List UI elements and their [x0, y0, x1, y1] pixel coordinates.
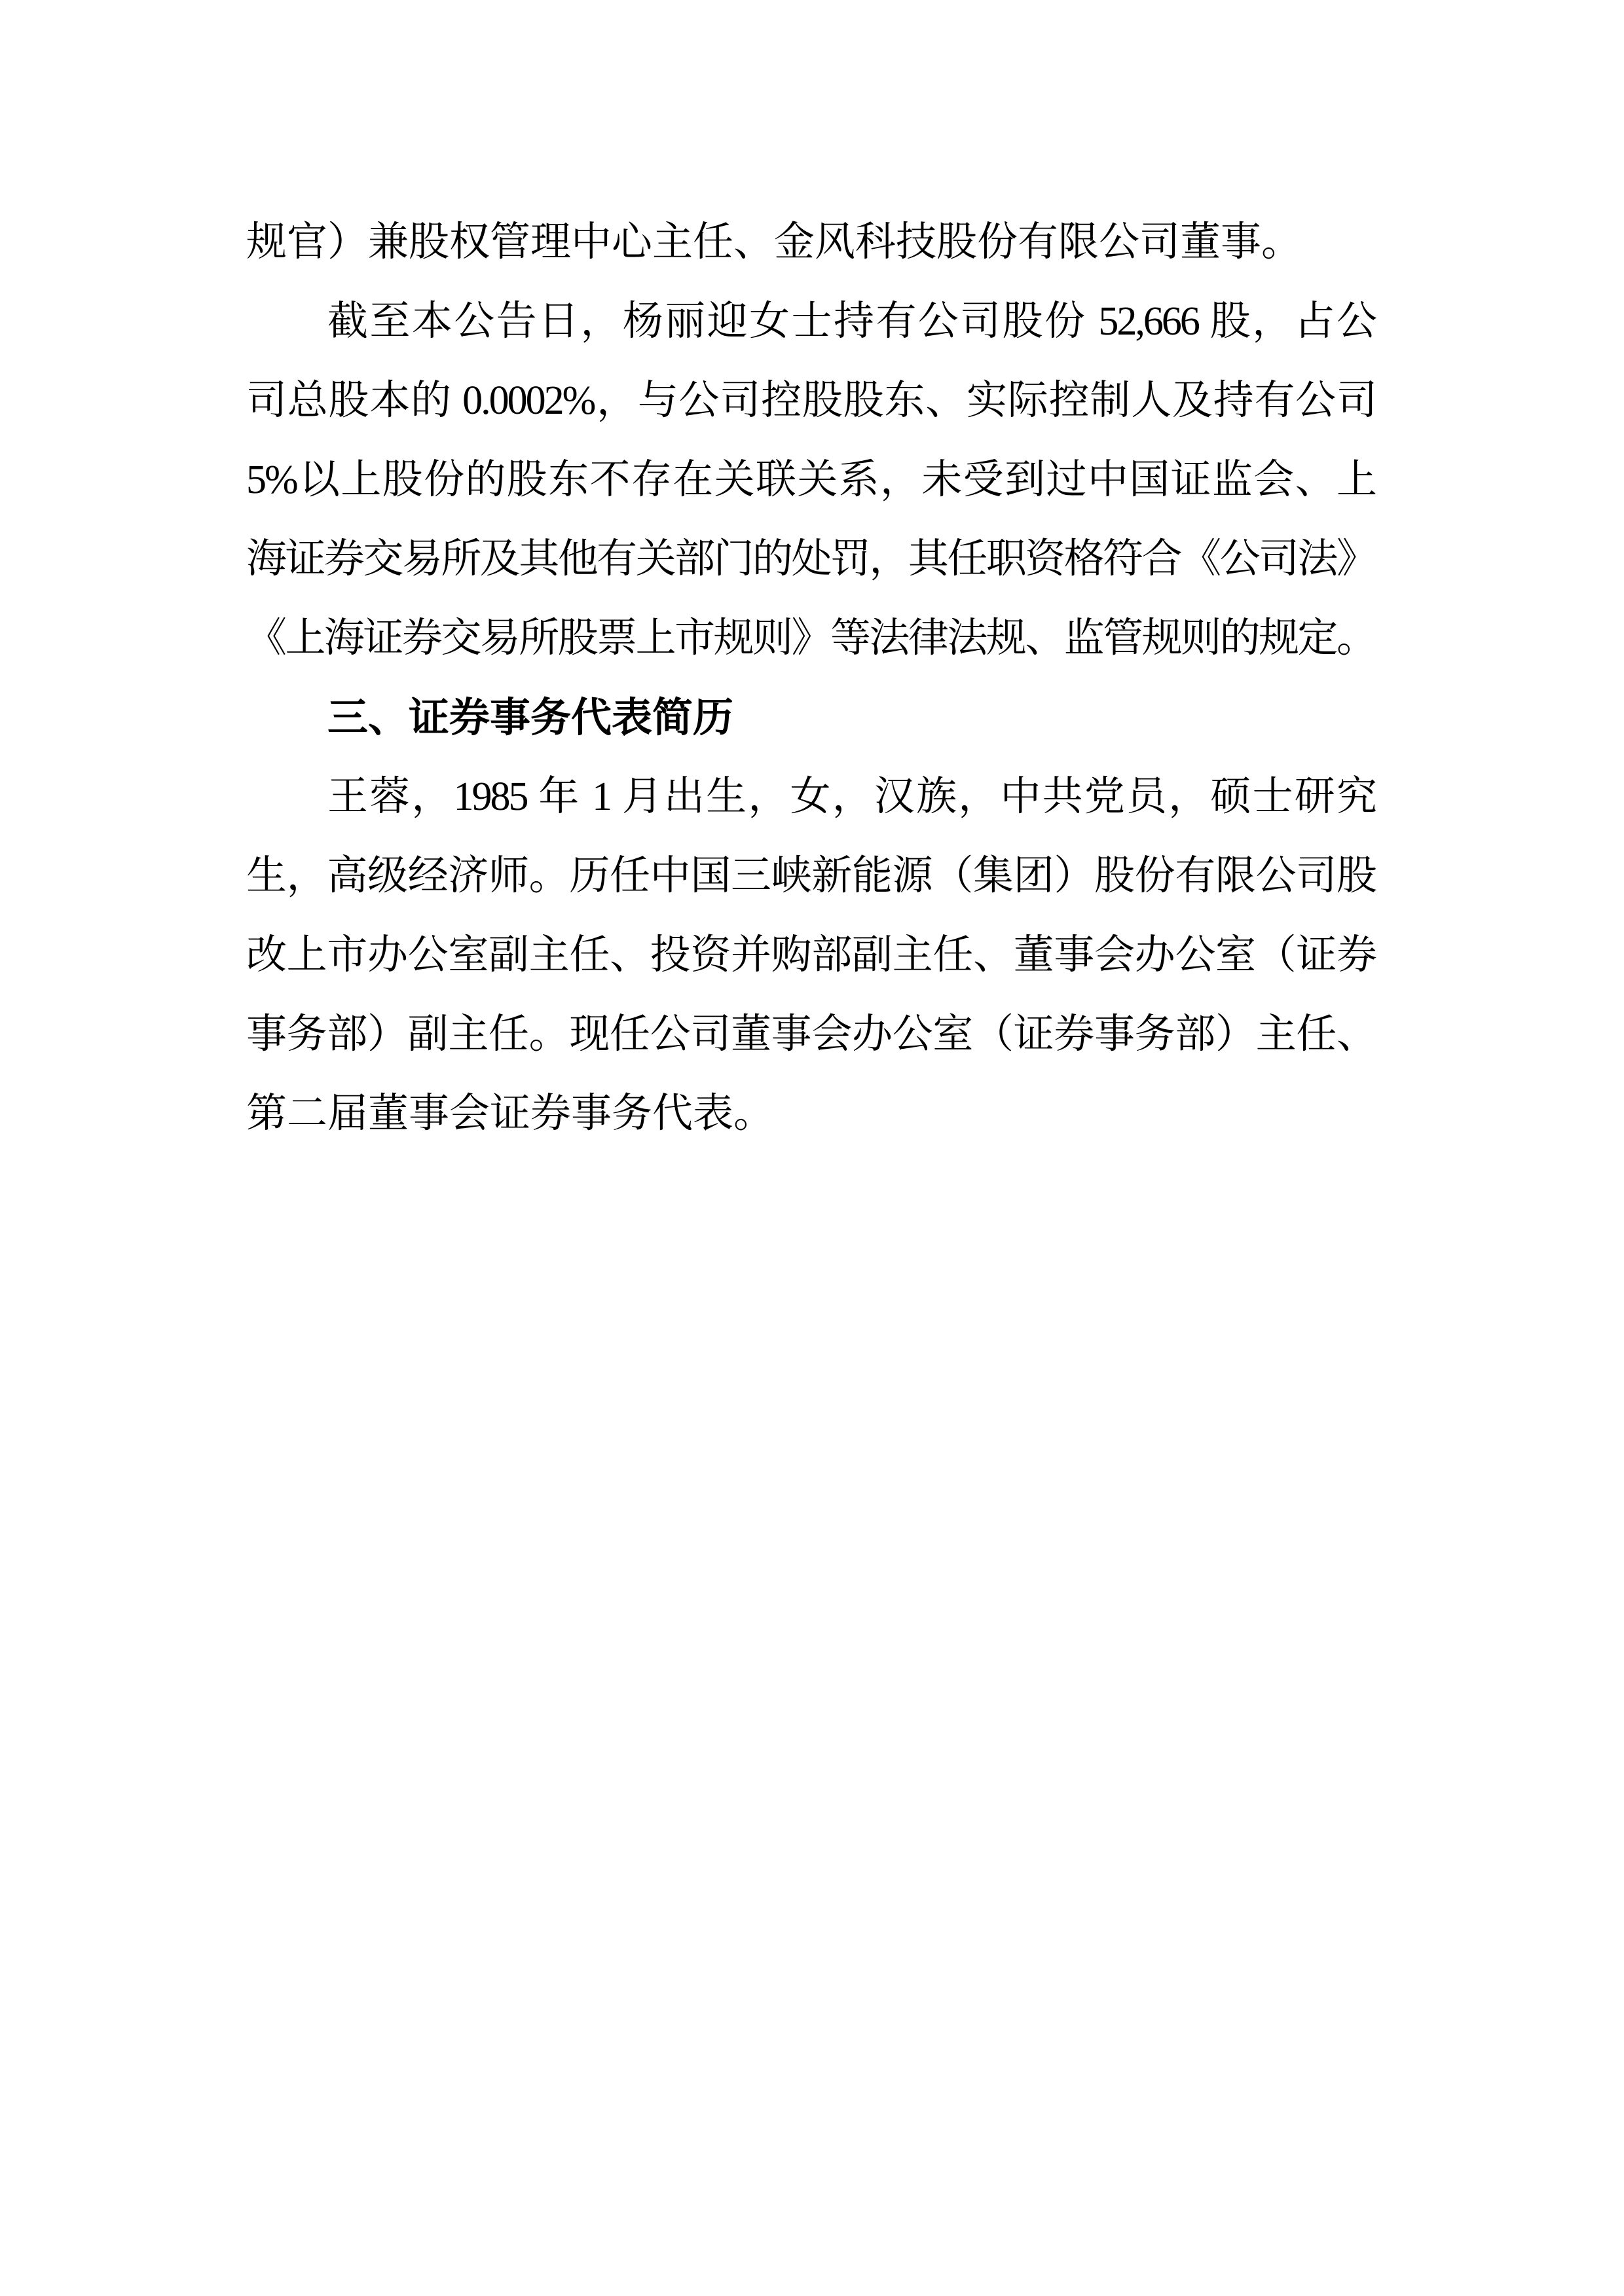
section-heading: 三、证券事务代表简历 [246, 678, 1375, 757]
body-line: 生，高级经济师。历任中国三峡新能源（集团）股份有限公司股 [246, 837, 1375, 916]
body-line: 司总股本的 0.0002%，与公司控股股东、实际控制人及持有公司 [246, 361, 1375, 441]
body-line: 事务部）副主任。现任公司董事会办公室（证券事务部）主任、 [246, 995, 1375, 1074]
body-line: 第二届董事会证券事务代表。 [246, 1074, 1375, 1154]
body-line: 规官）兼股权管理中心主任、金风科技股份有限公司董事。 [246, 203, 1375, 282]
body-line: 海证券交易所及其他有关部门的处罚，其任职资格符合《公司法》 [246, 520, 1375, 599]
document-body: 规官）兼股权管理中心主任、金风科技股份有限公司董事。 截至本公告日，杨丽迎女士持… [246, 203, 1375, 1154]
body-line: 5%以上股份的股东不存在关联关系，未受到过中国证监会、上 [246, 441, 1375, 520]
body-line: 王蓉，1985 年 1 月出生，女，汉族，中共党员，硕士研究 [246, 757, 1375, 837]
body-line: 改上市办公室副主任、投资并购部副主任、董事会办公室（证券 [246, 916, 1375, 995]
body-line: 《上海证券交易所股票上市规则》等法律法规、监管规则的规定。 [246, 599, 1375, 678]
body-line: 截至本公告日，杨丽迎女士持有公司股份 52,666 股，占公 [246, 282, 1375, 361]
document-page: 规官）兼股权管理中心主任、金风科技股份有限公司董事。 截至本公告日，杨丽迎女士持… [0, 0, 1624, 2296]
